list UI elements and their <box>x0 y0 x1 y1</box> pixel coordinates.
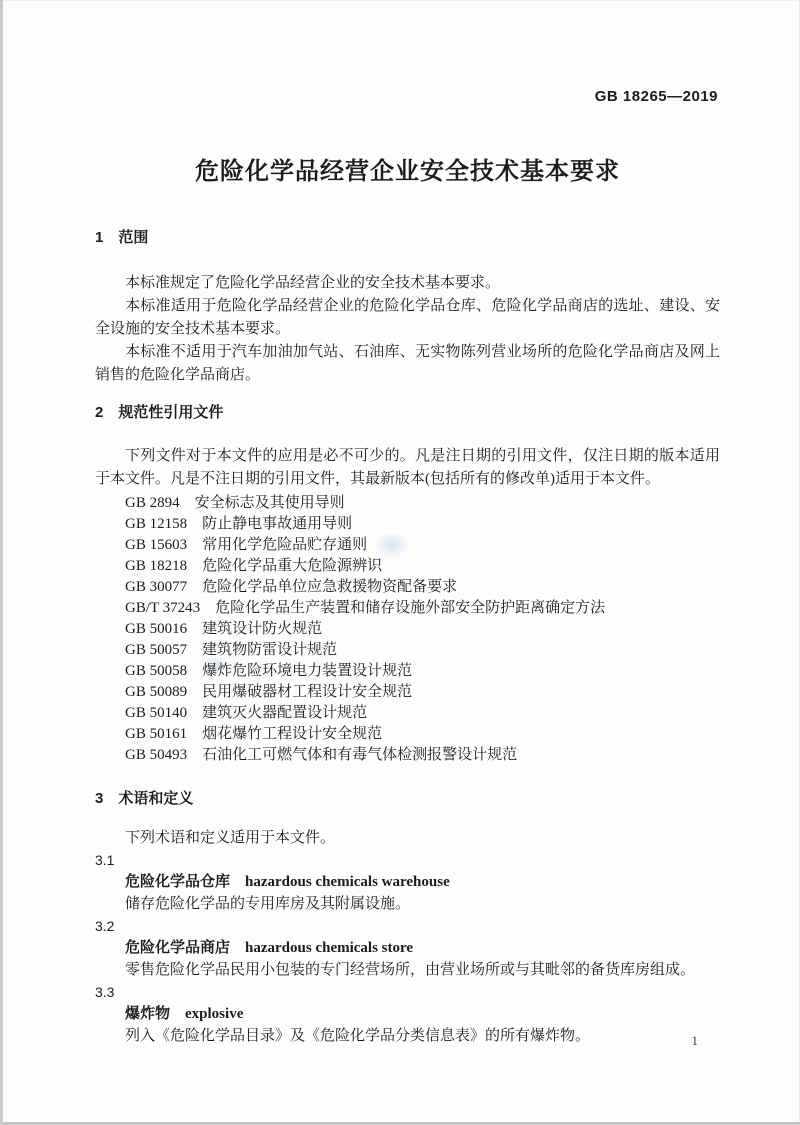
page-content: 危险化学品经营企业安全技术基本要求 1范围 本标准规定了危险化学品经营企业的安全… <box>95 0 720 1048</box>
term-number: 3.1 <box>95 850 720 871</box>
term-name: 危险化学品商店hazardous chemicals store <box>95 937 720 959</box>
reference-code: GB 50057 <box>125 642 187 658</box>
reference-item: GB 50058爆炸危险环境电力装置设计规范 <box>95 661 720 682</box>
term-name: 爆炸物explosive <box>95 1003 720 1025</box>
reference-title: 危险化学品重大危险源辨识 <box>202 558 382 574</box>
reference-title: 爆炸危险环境电力装置设计规范 <box>202 663 412 679</box>
term-definition: 列入《危险化学品目录》及《危险化学品分类信息表》的所有爆炸物。 <box>95 1025 720 1048</box>
reference-code: GB 50016 <box>125 621 187 637</box>
reference-code: GB 50161 <box>125 726 187 742</box>
reference-item: GB 30077危险化学品单位应急救援物资配备要求 <box>95 577 720 598</box>
term-name-cn: 危险化学品商店 <box>125 939 230 956</box>
term-number: 3.3 <box>95 982 720 1003</box>
reference-item: GB 2894安全标志及其使用导则 <box>95 493 720 514</box>
term-number: 3.2 <box>95 916 720 937</box>
reference-code: GB 12158 <box>125 516 187 532</box>
reference-item: GB 50140建筑灭火器配置设计规范 <box>95 703 720 724</box>
reference-item: GB 12158防止静电事故通用导则 <box>95 514 720 535</box>
scope-paragraph-3: 本标准不适用于汽车加油加气站、石油库、无实物陈列营业场所的危险化学品商店及网上销… <box>95 341 720 387</box>
terms-intro: 下列术语和定义适用于本文件。 <box>95 827 720 850</box>
reference-code: GB 50058 <box>125 663 187 679</box>
reference-title: 建筑物防雷设计规范 <box>202 642 337 658</box>
section-3-title: 术语和定义 <box>118 790 193 807</box>
section-2-title: 规范性引用文件 <box>118 404 223 421</box>
term-block: 3.3 爆炸物explosive 列入《危险化学品目录》及《危险化学品分类信息表… <box>95 982 720 1048</box>
term-name-en: hazardous chemicals store <box>245 940 413 956</box>
reference-item: GB 50057建筑物防雷设计规范 <box>95 640 720 661</box>
reference-item: GB/T 37243危险化学品生产装置和储存设施外部安全防护距离确定方法 <box>95 598 720 619</box>
reference-code: GB 30077 <box>125 579 187 595</box>
term-definition: 储存危险化学品的专用库房及其附属设施。 <box>95 893 720 916</box>
section-1-number: 1 <box>95 229 103 246</box>
reference-code: GB 2894 <box>125 495 180 511</box>
term-block: 3.2 危险化学品商店hazardous chemicals store 零售危… <box>95 916 720 982</box>
section-1-heading: 1范围 <box>95 227 720 249</box>
reference-title: 安全标志及其使用导则 <box>195 495 345 511</box>
terms-list: 3.1 危险化学品仓库hazardous chemicals warehouse… <box>95 850 720 1048</box>
reference-title: 常用化学危险品贮存通则 <box>202 537 367 553</box>
section-3-heading: 3术语和定义 <box>95 788 720 810</box>
reference-code: GB 18218 <box>125 558 187 574</box>
page-number: 1 <box>692 1033 699 1049</box>
term-name-cn: 爆炸物 <box>125 1005 170 1022</box>
reference-item: GB 15603常用化学危险品贮存通则 <box>95 535 720 556</box>
term-definition: 零售危险化学品民用小包装的专门经营场所，由营业场所或与其毗邻的备货库房组成。 <box>95 959 720 982</box>
reference-title: 建筑灭火器配置设计规范 <box>202 705 367 721</box>
references-intro: 下列文件对于本文件的应用是必不可少的。凡是注日期的引用文件，仅注日期的版本适用于… <box>95 445 720 491</box>
reference-title: 防止静电事故通用导则 <box>202 516 352 532</box>
reference-code: GB 50140 <box>125 705 187 721</box>
reference-title: 石油化工可燃气体和有毒气体检测报警设计规范 <box>202 747 517 763</box>
section-2-heading: 2规范性引用文件 <box>95 402 720 424</box>
reference-code: GB 50089 <box>125 684 187 700</box>
reference-item: GB 50089民用爆破器材工程设计安全规范 <box>95 682 720 703</box>
reference-item: GB 50161烟花爆竹工程设计安全规范 <box>95 724 720 745</box>
document-page: GB 18265—2019 危险化学品经营企业安全技术基本要求 1范围 本标准规… <box>0 0 800 1125</box>
term-name: 危险化学品仓库hazardous chemicals warehouse <box>95 871 720 893</box>
term-name-en: hazardous chemicals warehouse <box>245 874 450 890</box>
section-1-title: 范围 <box>118 229 148 246</box>
reference-item: GB 18218危险化学品重大危险源辨识 <box>95 556 720 577</box>
scope-paragraph-1: 本标准规定了危险化学品经营企业的安全技术基本要求。 <box>95 272 720 295</box>
term-block: 3.1 危险化学品仓库hazardous chemicals warehouse… <box>95 850 720 916</box>
document-title: 危险化学品经营企业安全技术基本要求 <box>95 155 720 189</box>
reference-item: GB 50493石油化工可燃气体和有毒气体检测报警设计规范 <box>95 745 720 766</box>
reference-title: 危险化学品单位应急救援物资配备要求 <box>202 579 457 595</box>
reference-title: 民用爆破器材工程设计安全规范 <box>202 684 412 700</box>
section-3-number: 3 <box>95 790 103 807</box>
reference-code: GB 50493 <box>125 747 187 763</box>
reference-title: 危险化学品生产装置和储存设施外部安全防护距离确定方法 <box>215 600 605 616</box>
reference-list: GB 2894安全标志及其使用导则 GB 12158防止静电事故通用导则 GB … <box>95 493 720 766</box>
reference-code: GB 15603 <box>125 537 187 553</box>
reference-item: GB 50016建筑设计防火规范 <box>95 619 720 640</box>
reference-title: 烟花爆竹工程设计安全规范 <box>202 726 382 742</box>
term-name-cn: 危险化学品仓库 <box>125 873 230 890</box>
scope-paragraph-2: 本标准适用于危险化学品经营企业的危险化学品仓库、危险化学品商店的选址、建设、安全… <box>95 295 720 341</box>
reference-title: 建筑设计防火规范 <box>202 621 322 637</box>
section-2-number: 2 <box>95 404 103 421</box>
reference-code: GB/T 37243 <box>125 600 200 616</box>
term-name-en: explosive <box>185 1006 243 1022</box>
